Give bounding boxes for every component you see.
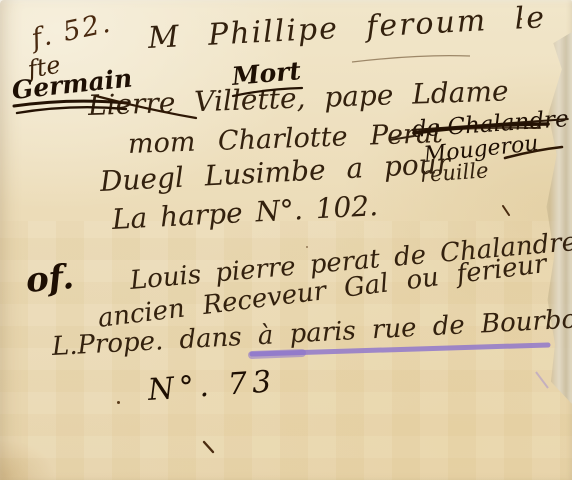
ink-speck: [306, 246, 308, 248]
ink-speck: [520, 18, 522, 20]
section-mark: of.: [25, 260, 76, 298]
ink-speck: [117, 401, 120, 404]
handwritten-line-9: N°. 73: [147, 367, 277, 406]
manuscript-scan: f. 52. fte Germain M Phillipe feroum le …: [0, 0, 572, 480]
